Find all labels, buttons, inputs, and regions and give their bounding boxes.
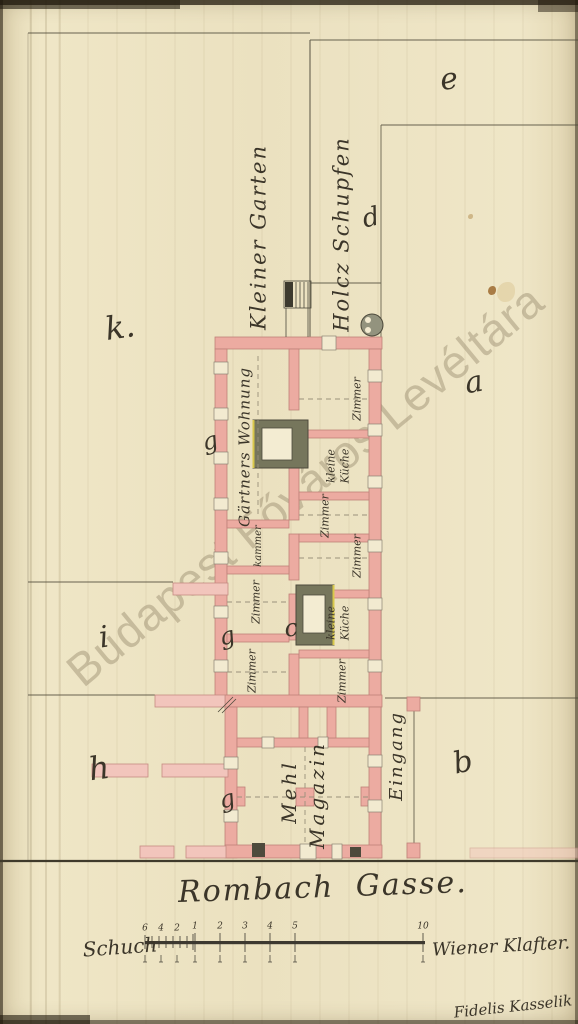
- room-label-kleine: kleine: [326, 449, 337, 483]
- scale-klafter-mark: 3: [242, 923, 248, 932]
- plot-letter-h: h: [87, 751, 112, 786]
- room-label-kueche: Küche: [340, 449, 351, 484]
- scale-foot-mark: 4: [158, 925, 164, 934]
- room-label-zimmer: Zimmer: [352, 534, 363, 578]
- area-label-holcz-schupfen: Holcz Schupfen: [332, 136, 353, 332]
- area-label-gaertners-wohnung: Gärtners Wohnung: [238, 367, 253, 527]
- well-icon: [361, 314, 383, 336]
- scale-klafter-mark: 4: [267, 923, 273, 932]
- room-label-zimmer: Zimmer: [337, 659, 348, 703]
- scale-bar: [143, 933, 425, 962]
- plot-letter-k: k.: [103, 309, 137, 345]
- room-label-zimmer: Zimmer: [320, 494, 331, 538]
- room-label-kammer: kammer: [254, 525, 264, 567]
- area-label-mehl: Mehl: [279, 760, 299, 824]
- room-label-zimmer: Zimmer: [352, 377, 363, 421]
- stairs-icon: [284, 281, 311, 337]
- room-label-kleine: kleine: [326, 606, 337, 640]
- scale-foot-mark: 2: [174, 925, 180, 934]
- room-label-zimmer: Zimmer: [251, 580, 262, 624]
- room-label-kueche: Küche: [340, 606, 351, 641]
- scale-left-unit-label: Schuch: [82, 934, 158, 959]
- room-label-zimmer: Zimmer: [247, 649, 258, 693]
- scale-klafter-mark: 5: [292, 923, 298, 932]
- area-label-magazin: Magazin: [307, 741, 327, 849]
- scale-klafter-mark: 2: [217, 923, 223, 932]
- scale-end-mark: 10: [417, 923, 428, 932]
- scanned-floor-plan-page: Budapest Főváros Levéltára: [0, 0, 578, 1024]
- scale-klafter-mark: 1: [192, 923, 198, 932]
- area-label-kleiner-garten: Kleiner Garten: [249, 144, 270, 330]
- scale-foot-mark: 6: [142, 925, 148, 934]
- area-label-eingang: Eingang: [388, 711, 406, 801]
